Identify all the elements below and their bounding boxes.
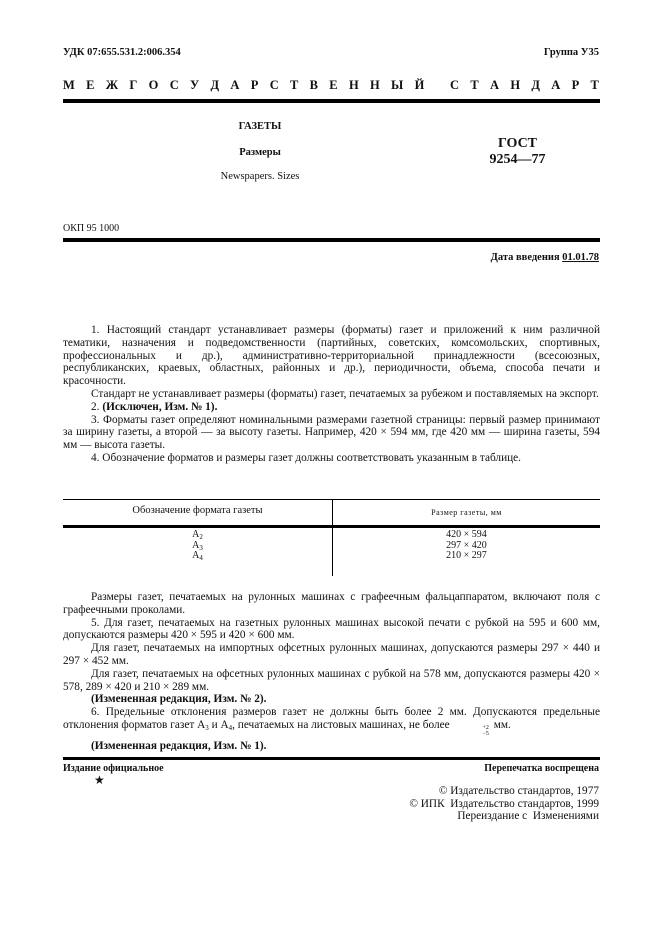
paragraph-3: 3. Форматы газет определяют номинальными… [63, 414, 600, 452]
reprint-prohibited: Перепечатка воспрещена [484, 763, 599, 774]
banner-letter: М [63, 78, 75, 93]
copyright-1999: © ИПК Издательство стандартов, 1999 [409, 798, 599, 811]
table-cell-size: 210 × 297 [333, 551, 600, 562]
amendment-note-2: (Измененная редакция, Изм. № 2). [63, 693, 600, 706]
doc-subtitle: Размеры [180, 147, 340, 158]
gost-code: 9254—77 [470, 152, 565, 168]
amendment-note-1: (Измененная редакция, Изм. № 1). [63, 740, 600, 753]
paragraph-scope: Стандарт не устанавливает размеры (форма… [63, 388, 600, 401]
star-icon: ★ [94, 773, 105, 788]
paragraph-4: 4. Обозначение форматов и размеры газет … [63, 452, 600, 465]
table-cell-format: А2 [63, 530, 332, 541]
official-edition: Издание официальное [63, 763, 164, 774]
banner-letter [436, 78, 439, 93]
banner-letter: Т [591, 78, 599, 93]
table-cell-size: 420 × 594 [333, 530, 600, 541]
banner-letter: В [310, 78, 318, 93]
banner-letter: Е [86, 78, 94, 93]
banner-letter: А [230, 78, 239, 93]
standard-banner: МЕЖГОСУДАРСТВЕННЫЙ СТАНДАРТ [63, 78, 599, 93]
doc-english-title: Newspapers. Sizes [180, 171, 340, 182]
paragraph-import-offset: Для газет, печатаемых на импортных офсет… [63, 642, 600, 668]
banner-letter: Н [349, 78, 359, 93]
excluded-note: (Исключен, Изм. № 1). [102, 401, 217, 413]
banner-letter: Р [572, 78, 580, 93]
effective-date: Дата введения 01.01.78 [491, 252, 599, 263]
banner-letter: С [270, 78, 279, 93]
copyright-block: © Издательство стандартов, 1977 © ИПК Из… [409, 785, 599, 823]
gost-number: ГОСТ 9254—77 [470, 136, 565, 168]
paragraph-offset-578: Для газет, печатаемых на офсетных рулонн… [63, 668, 600, 694]
footer-rule [63, 757, 600, 760]
paragraph-1: 1. Настоящий стандарт устанавливает разм… [63, 324, 600, 388]
table-cell-format: А4 [63, 551, 332, 562]
header-rule [63, 99, 600, 103]
banner-letter: Д [531, 78, 540, 93]
udk-code: УДК 07:655.531.2:006.354 [63, 47, 181, 58]
banner-letter: А [551, 78, 560, 93]
table-header-format: Обозначение формата газеты [63, 505, 332, 516]
body-section-1: 1. Настоящий стандарт устанавливает разм… [63, 324, 600, 465]
paragraph-roll-machines: Размеры газет, печатаемых на рулонных ма… [63, 591, 600, 617]
table-column-size: 420 × 594297 × 420210 × 297 [333, 530, 600, 562]
banner-letter: О [149, 78, 159, 93]
paragraph-5: 5. Для газет, печатаемых на газетных рул… [63, 617, 600, 643]
banner-letter: Т [290, 78, 298, 93]
banner-letter: Й [415, 78, 425, 93]
title-rule [63, 238, 600, 242]
banner-letter: С [450, 78, 459, 93]
banner-letter: Ы [391, 78, 403, 93]
banner-letter: Г [129, 78, 137, 93]
paragraph-6: 6. Предельные отклонения размеров газет … [63, 706, 600, 737]
banner-letter: Р [251, 78, 259, 93]
tolerance-fraction: +2−5 [455, 725, 489, 737]
group-code: Группа У35 [544, 47, 599, 58]
banner-letter: С [170, 78, 179, 93]
table-column-format: А2А3А4 [63, 530, 332, 562]
okp-code: ОКП 95 1000 [63, 223, 119, 234]
banner-letter: Д [211, 78, 220, 93]
doc-title: ГАЗЕТЫ [180, 121, 340, 132]
reissue-note: Переиздание с Изменениями [409, 810, 599, 823]
gost-label: ГОСТ [470, 136, 565, 152]
body-section-2: Размеры газет, печатаемых на рулонных ма… [63, 591, 600, 753]
banner-letter: Н [510, 78, 520, 93]
banner-letter: Ж [106, 78, 118, 93]
banner-letter: Н [370, 78, 380, 93]
banner-letter: Е [329, 78, 337, 93]
paragraph-2: 2. (Исключен, Изм. № 1). [63, 401, 600, 414]
date-label: Дата введения [491, 252, 560, 263]
banner-letter: Т [470, 78, 478, 93]
banner-letter: А [490, 78, 499, 93]
copyright-1977: © Издательство стандартов, 1977 [409, 785, 599, 798]
banner-letter: У [190, 78, 199, 93]
table-header-size: Размер газеты, мм [333, 508, 600, 517]
date-value: 01.01.78 [562, 252, 599, 263]
